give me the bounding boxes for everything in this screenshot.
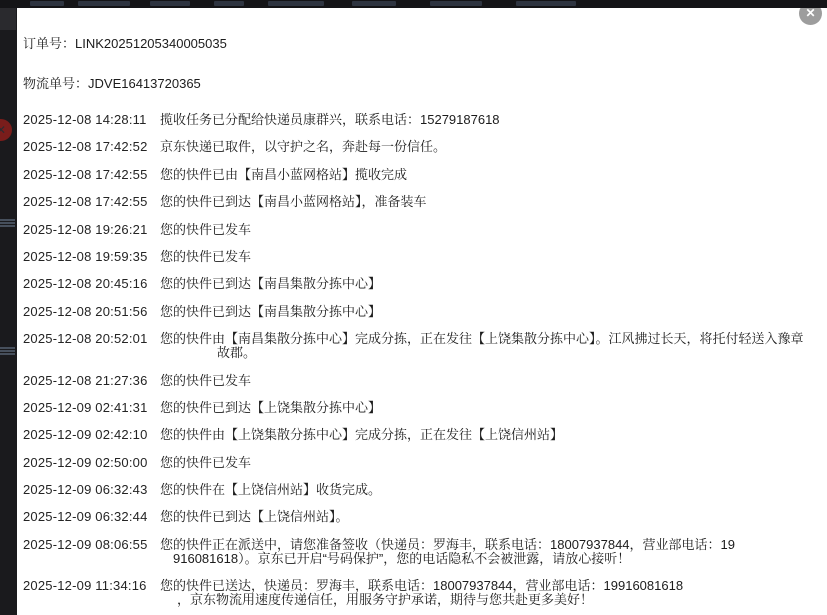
event-description-line: 故郡。 bbox=[217, 346, 823, 360]
event-description-line: 您的快件已由【南昌小蓝网格站】揽收完成 bbox=[160, 168, 823, 182]
dimmed-nav-text bbox=[150, 1, 190, 6]
tracking-event-row: 2025-12-09 11:34:16 您的快件已送达，快递员：罗海丰，联系电话… bbox=[23, 579, 823, 607]
tracking-event-row: 2025-12-08 21:27:36 您的快件已发车 bbox=[23, 374, 823, 388]
event-description-line: 您的快件已到达【南昌小蓝网格站】，准备装车 bbox=[160, 195, 823, 209]
order-number-label: 订单号： bbox=[23, 36, 75, 51]
event-description-line: 您的快件已发车 bbox=[160, 456, 823, 470]
event-description: 您的快件已发车 bbox=[160, 374, 823, 388]
tracking-event-row: 2025-12-09 06:32:43 您的快件在【上饶信州站】收货完成。 bbox=[23, 483, 823, 497]
tracking-event-row: 2025-12-08 17:42:55 您的快件已到达【南昌小蓝网格站】，准备装… bbox=[23, 195, 823, 209]
tracking-event-row: 2025-12-09 06:32:44 您的快件已到达【上饶信州站】。 bbox=[23, 510, 823, 524]
tracking-event-row: 2025-12-08 19:26:21 您的快件已发车 bbox=[23, 223, 823, 237]
event-description: 京东快递已取件，以守护之名，奔赴每一份信任。 bbox=[160, 140, 823, 154]
event-description: 您的快件由【上饶集散分拣中心】完成分拣，正在发往【上饶信州站】 bbox=[160, 428, 823, 442]
dimmed-text-fragment bbox=[0, 346, 15, 356]
event-description-line: 您的快件已到达【南昌集散分拣中心】 bbox=[160, 277, 823, 291]
event-description: 您的快件正在派送中，请您准备签收（快递员：罗海丰，联系电话：1800793784… bbox=[160, 538, 823, 566]
event-description: 您的快件已到达【南昌小蓝网格站】，准备装车 bbox=[160, 195, 823, 209]
event-timestamp: 2025-12-09 02:42:10 bbox=[23, 428, 160, 442]
event-description-line: 您的快件正在派送中，请您准备签收（快递员：罗海丰，联系电话：1800793784… bbox=[160, 538, 823, 552]
event-description: 您的快件已发车 bbox=[160, 223, 823, 237]
event-timestamp: 2025-12-08 17:42:55 bbox=[23, 168, 160, 182]
event-description-line: 您的快件已发车 bbox=[160, 374, 823, 388]
tracking-event-row: 2025-12-09 02:50:00 您的快件已发车 bbox=[23, 456, 823, 470]
dimmed-nav-text bbox=[430, 1, 482, 6]
event-timestamp: 2025-12-09 06:32:43 bbox=[23, 483, 160, 497]
tracking-event-row: 2025-12-09 02:41:31 您的快件已到达【上饶集散分拣中心】 bbox=[23, 401, 823, 415]
event-description: 您的快件已到达【南昌集散分拣中心】 bbox=[160, 305, 823, 319]
tracking-event-row: 2025-12-08 20:52:01 您的快件由【南昌集散分拣中心】完成分拣，… bbox=[23, 332, 823, 360]
tracking-event-row: 2025-12-09 02:42:10 您的快件由【上饶集散分拣中心】完成分拣，… bbox=[23, 428, 823, 442]
tracking-event-row: 2025-12-09 08:06:55 您的快件正在派送中，请您准备签收（快递员… bbox=[23, 538, 823, 566]
tracking-event-row: 2025-12-08 14:28:11 揽收任务已分配给快递员康群兴，联系电话：… bbox=[23, 113, 823, 127]
event-description-line: 您的快件由【上饶集散分拣中心】完成分拣，正在发往【上饶信州站】 bbox=[160, 428, 823, 442]
event-timestamp: 2025-12-09 11:34:16 bbox=[23, 579, 160, 593]
tracking-event-row: 2025-12-08 20:51:56 您的快件已到达【南昌集散分拣中心】 bbox=[23, 305, 823, 319]
event-description-line: 京东快递已取件，以守护之名，奔赴每一份信任。 bbox=[160, 140, 823, 154]
event-description-line: 您的快件已送达，快递员：罗海丰，联系电话：18007937844，营业部电话：1… bbox=[160, 579, 823, 593]
event-timestamp: 2025-12-09 02:50:00 bbox=[23, 456, 160, 470]
order-number-value: LINK20251205340005035 bbox=[75, 36, 227, 51]
event-timestamp: 2025-12-08 14:28:11 bbox=[23, 113, 160, 127]
logistics-number-label: 物流单号： bbox=[23, 76, 88, 91]
dimmed-page-left-strip: ✕ bbox=[0, 8, 17, 615]
event-description: 您的快件已到达【上饶信州站】。 bbox=[160, 510, 823, 524]
dimmed-nav-text bbox=[516, 1, 576, 6]
event-timestamp: 2025-12-08 19:26:21 bbox=[23, 223, 160, 237]
tracking-event-row: 2025-12-08 17:42:52 京东快递已取件，以守护之名，奔赴每一份信… bbox=[23, 140, 823, 154]
dimmed-nav-text bbox=[30, 1, 64, 6]
event-description: 您的快件已到达【上饶集散分拣中心】 bbox=[160, 401, 823, 415]
event-timestamp: 2025-12-08 17:42:52 bbox=[23, 140, 160, 154]
logistics-tracking-modal: ✕ 订单号：LINK20251205340005035 物流单号：JDVE164… bbox=[17, 8, 827, 615]
event-timestamp: 2025-12-08 21:27:36 bbox=[23, 374, 160, 388]
event-description-line: 916081618）。京东已开启“号码保护”，您的电话隐私不会被泄露，请放心接听… bbox=[173, 552, 823, 566]
event-description: 您的快件已送达，快递员：罗海丰，联系电话：18007937844，营业部电话：1… bbox=[160, 579, 823, 607]
event-timestamp: 2025-12-08 17:42:55 bbox=[23, 195, 160, 209]
logistics-number-line: 物流单号：JDVE16413720365 bbox=[23, 73, 201, 92]
tracking-event-row: 2025-12-08 19:59:35 您的快件已发车 bbox=[23, 250, 823, 264]
event-description-line: 您的快件已到达【上饶集散分拣中心】 bbox=[160, 401, 823, 415]
dimmed-text-fragment bbox=[0, 218, 15, 228]
event-description-line: 您的快件已到达【上饶信州站】。 bbox=[160, 510, 823, 524]
tracking-event-row: 2025-12-08 17:42:55 您的快件已由【南昌小蓝网格站】揽收完成 bbox=[23, 168, 823, 182]
event-description: 您的快件已发车 bbox=[160, 456, 823, 470]
event-description: 您的快件已由【南昌小蓝网格站】揽收完成 bbox=[160, 168, 823, 182]
order-number-line: 订单号：LINK20251205340005035 bbox=[23, 33, 227, 52]
event-description: 您的快件已到达【南昌集散分拣中心】 bbox=[160, 277, 823, 291]
event-timestamp: 2025-12-08 20:45:16 bbox=[23, 277, 160, 291]
event-description-line: 您的快件在【上饶信州站】收货完成。 bbox=[160, 483, 823, 497]
dimmed-page-top-bar bbox=[0, 0, 827, 8]
event-description-line: 您的快件由【南昌集散分拣中心】完成分拣，正在发往【上饶集散分拣中心】。江风拂过长… bbox=[160, 332, 823, 346]
event-timestamp: 2025-12-09 06:32:44 bbox=[23, 510, 160, 524]
event-timestamp: 2025-12-08 20:51:56 bbox=[23, 305, 160, 319]
tracking-modal-screen: ✕ ✕ 订单号：LINK20251205340005035 物流单号：JDVE1… bbox=[0, 0, 827, 615]
event-description-line: 您的快件已发车 bbox=[160, 250, 823, 264]
tracking-event-row: 2025-12-08 20:45:16 您的快件已到达【南昌集散分拣中心】 bbox=[23, 277, 823, 291]
dimmed-red-close-icon: ✕ bbox=[0, 119, 12, 141]
event-description: 您的快件由【南昌集散分拣中心】完成分拣，正在发往【上饶集散分拣中心】。江风拂过长… bbox=[160, 332, 823, 360]
event-timestamp: 2025-12-09 08:06:55 bbox=[23, 538, 160, 552]
event-timestamp: 2025-12-08 20:52:01 bbox=[23, 332, 160, 346]
dimmed-nav-text bbox=[352, 1, 396, 6]
event-timestamp: 2025-12-09 02:41:31 bbox=[23, 401, 160, 415]
dimmed-nav-text bbox=[78, 1, 130, 6]
event-description-line: 您的快件已发车 bbox=[160, 223, 823, 237]
dimmed-nav-text bbox=[268, 1, 324, 6]
logistics-number-value: JDVE16413720365 bbox=[88, 76, 201, 91]
event-description-line: 您的快件已到达【南昌集散分拣中心】 bbox=[160, 305, 823, 319]
event-description: 揽收任务已分配给快递员康群兴，联系电话：15279187618 bbox=[160, 113, 823, 127]
dimmed-nav-text bbox=[214, 1, 244, 6]
event-timestamp: 2025-12-08 19:59:35 bbox=[23, 250, 160, 264]
event-description-line: 揽收任务已分配给快递员康群兴，联系电话：15279187618 bbox=[160, 113, 823, 127]
dimmed-page-tile bbox=[0, 8, 16, 30]
event-description-line: ，京东物流用速度传递信任，用服务守护承诺，期待与您共赴更多美好！ bbox=[177, 593, 823, 607]
tracking-events-list: 2025-12-08 14:28:11 揽收任务已分配给快递员康群兴，联系电话：… bbox=[23, 113, 823, 615]
event-description: 您的快件在【上饶信州站】收货完成。 bbox=[160, 483, 823, 497]
event-description: 您的快件已发车 bbox=[160, 250, 823, 264]
